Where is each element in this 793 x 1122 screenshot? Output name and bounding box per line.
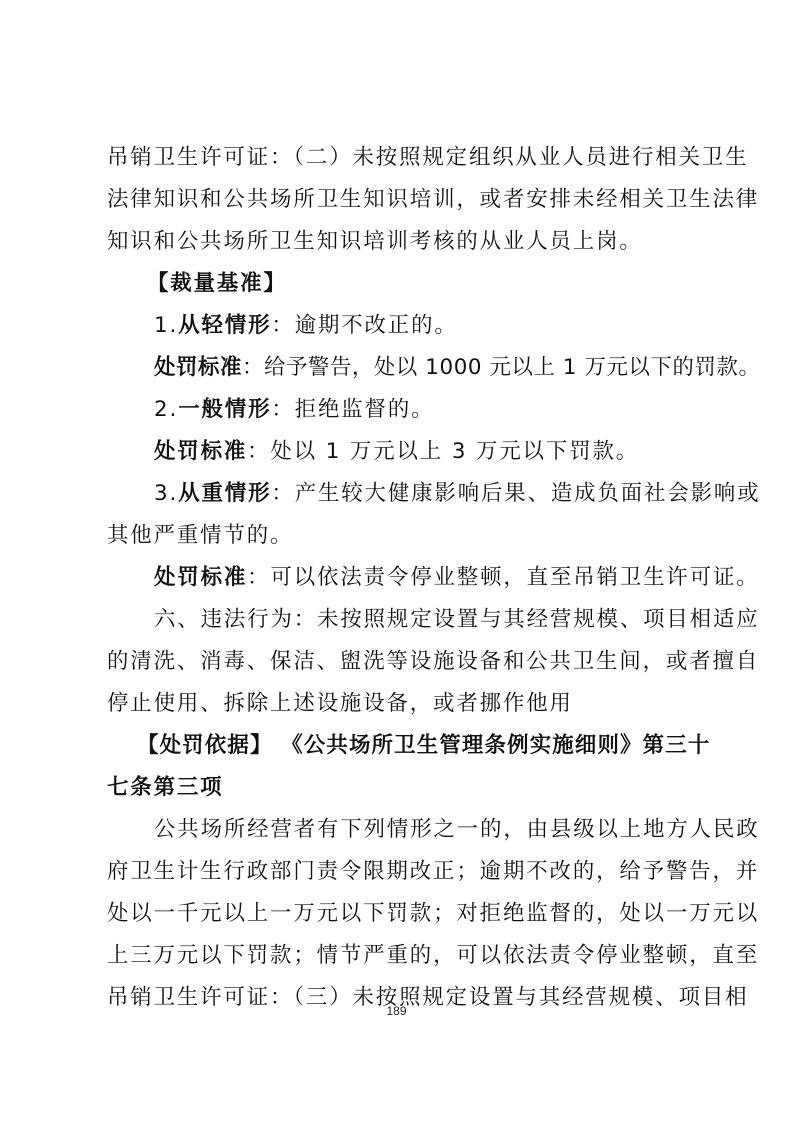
criterion-heavy-continuation: 其他严重情节的。 (107, 515, 694, 557)
separator: ： (271, 313, 294, 338)
basis-text-line: 处以一千元以上一万元以下罚款；对拒绝监督的，处以一万元以 (107, 893, 694, 935)
penalty-label: 处罚标准 (154, 439, 247, 464)
violation-line: 停止使用、拆除上述设施设备，或者挪作他用 (107, 683, 694, 725)
criterion-text: 产生较大健康影响后果、造成负面社会影响或 (295, 481, 761, 506)
violation-line: 六、违法行为：未按照规定设置与其经营规模、项目相适应 (107, 599, 694, 641)
penalty-text: 可以依法责令停业整顿，直至吊销卫生许可证。 (270, 565, 759, 590)
violation-line: 的清洗、消毒、保洁、盥洗等设施设备和公共卫生间，或者擅自 (107, 641, 694, 683)
penalty-label: 处罚标准 (154, 565, 247, 590)
criterion-heavy: 3.从重情形：产生较大健康影响后果、造成负面社会影响或 (107, 473, 694, 515)
criterion-label: 从轻情形 (178, 313, 271, 338)
criterion-text: 拒绝监督的。 (295, 397, 435, 422)
criterion-text: 逾期不改正的。 (295, 313, 458, 338)
penalty-text: 给予警告，处以 1000 元以上 1 万元以下的罚款。 (264, 355, 760, 380)
penalty-standard-heavy: 处罚标准：可以依法责令停业整顿，直至吊销卫生许可证。 (107, 557, 694, 599)
page-number: 189 (0, 1004, 793, 1018)
penalty-standard-light: 处罚标准：给予警告，处以 1000 元以上 1 万元以下的罚款。 (107, 347, 694, 389)
separator: ： (247, 565, 270, 590)
separator: ： (247, 439, 270, 464)
separator: ： (242, 355, 264, 380)
separator: ： (271, 397, 294, 422)
separator: ： (271, 481, 294, 506)
criterion-number: 1. (154, 313, 178, 338)
body-text-line: 吊销卫生许可证：（二）未按照规定组织从业人员进行相关卫生 (107, 137, 694, 179)
criterion-label: 一般情形 (178, 397, 271, 422)
penalty-basis-heading: 【处罚依据】 《公共场所卫生管理条例实施细则》第三十 (107, 725, 694, 767)
penalty-label: 处罚标准 (154, 355, 242, 380)
basis-text-line: 府卫生计生行政部门责令限期改正；逾期不改的，给予警告，并 (107, 851, 694, 893)
penalty-text: 处以 1 万元以上 3 万元以下罚款。 (270, 439, 639, 464)
document-page: 吊销卫生许可证：（二）未按照规定组织从业人员进行相关卫生 法律知识和公共场所卫生… (107, 137, 694, 1019)
criterion-general: 2.一般情形：拒绝监督的。 (107, 389, 694, 431)
body-text-line: 知识和公共场所卫生知识培训考核的从业人员上岗。 (107, 221, 694, 263)
basis-text-line: 上三万元以下罚款；情节严重的，可以依法责令停业整顿，直至 (107, 935, 694, 977)
criterion-number: 3. (154, 481, 178, 506)
criterion-light: 1.从轻情形：逾期不改正的。 (107, 305, 694, 347)
section-heading: 【裁量基准】 (107, 263, 694, 305)
penalty-basis-heading-continuation: 七条第三项 (107, 767, 694, 809)
criterion-number: 2. (154, 397, 178, 422)
basis-text-line: 公共场所经营者有下列情形之一的，由县级以上地方人民政 (107, 809, 694, 851)
penalty-standard-general: 处罚标准：处以 1 万元以上 3 万元以下罚款。 (107, 431, 694, 473)
body-text-line: 法律知识和公共场所卫生知识培训，或者安排未经相关卫生法律 (107, 179, 694, 221)
criterion-label: 从重情形 (178, 481, 271, 506)
